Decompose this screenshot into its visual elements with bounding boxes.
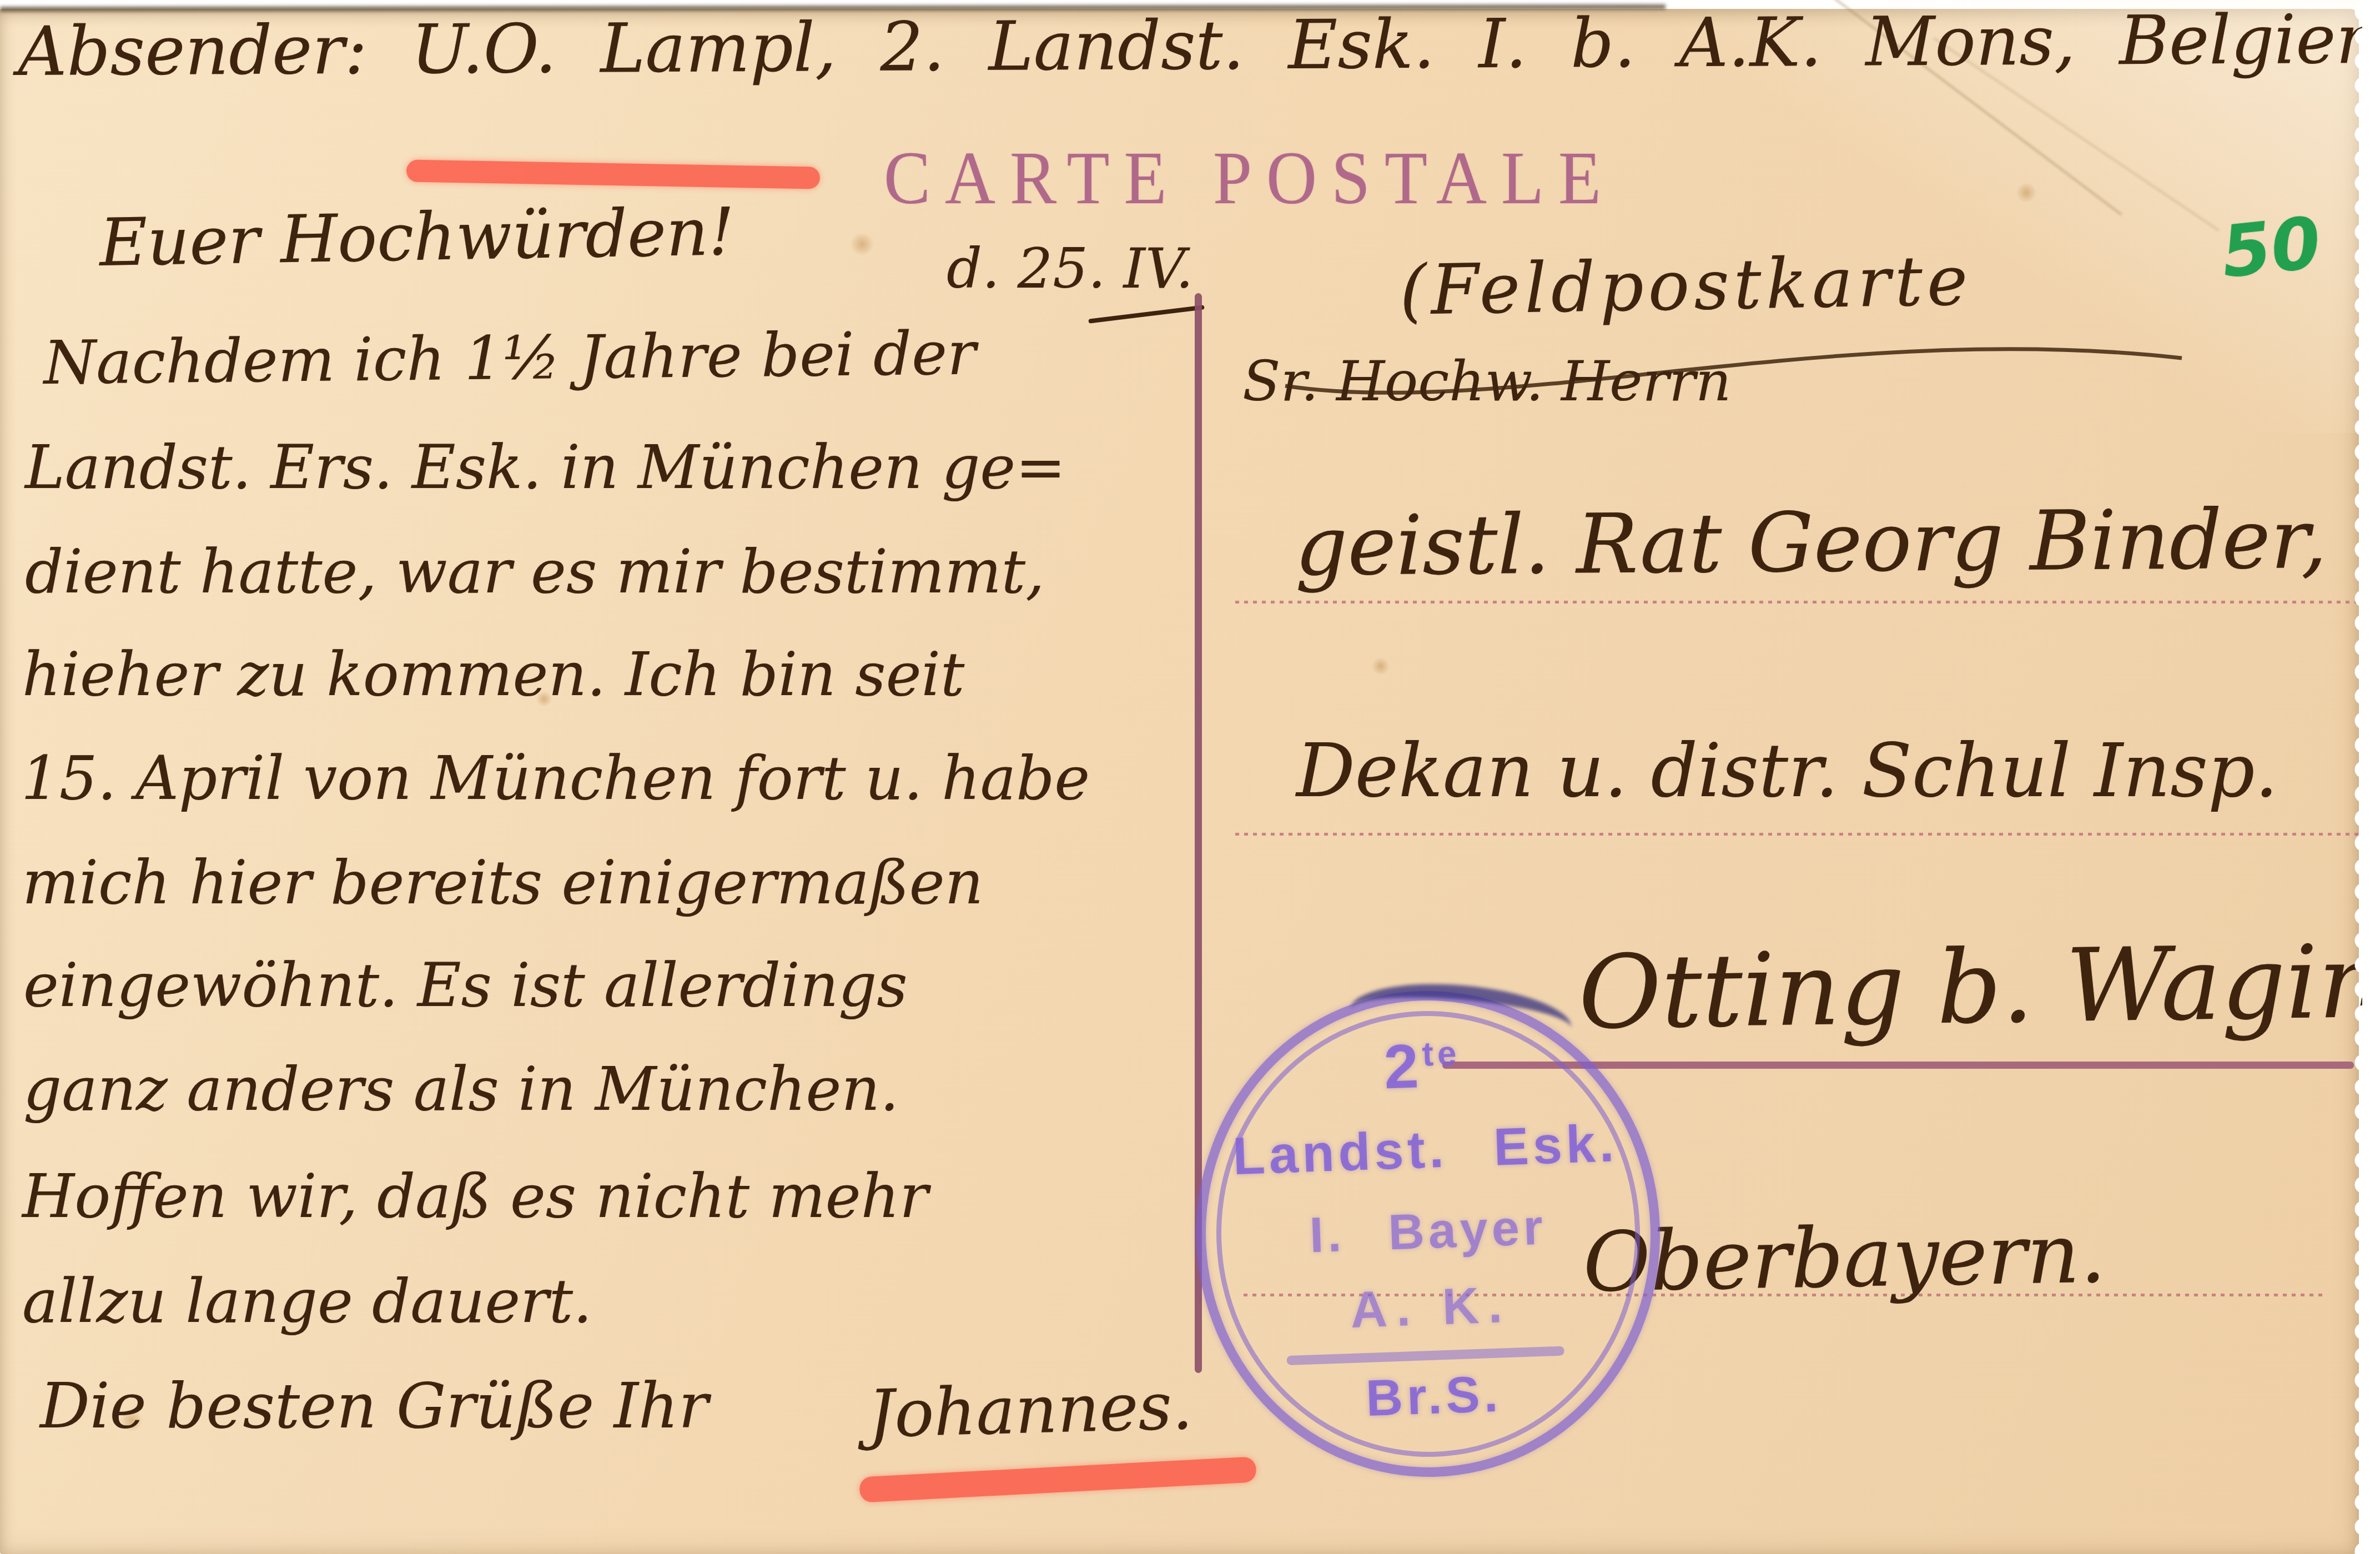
message-line: eingewöhnt. Es ist allerdings	[23, 951, 908, 1020]
message-line: Nachdem ich 1½ Jahre bei der	[43, 319, 976, 398]
address-dotted-line-2	[1235, 833, 2362, 836]
scan-background-right	[2362, 0, 2380, 1554]
stamp-unit-ordinal: te	[1421, 1034, 1461, 1073]
paper-spot	[1371, 658, 1390, 675]
postcard-scan: Absender: U.O. Lampl, 2. Landst. Esk. I.…	[0, 0, 2380, 1554]
message-line: ganz anders als in München.	[23, 1055, 899, 1124]
collector-number: 50	[2218, 202, 2325, 294]
address-recipient-title: Dekan u. distr. Schul Insp.	[1296, 728, 2278, 814]
address-recipient-prefix: Sr. Hochw. Herrn	[1242, 349, 1731, 414]
message-line: Hoffen wir, daß es nicht mehr	[22, 1162, 928, 1231]
stamp-unit-digit: 2	[1383, 1031, 1424, 1102]
printed-card-title: CARTE POSTALE	[884, 135, 1616, 222]
message-line: dient hatte, war es mir bestimmt,	[25, 537, 1045, 607]
closing-line: Die besten Grüße Ihr	[40, 1370, 708, 1442]
date-line: d. 25. IV.	[947, 236, 1193, 301]
perforated-edge	[2347, 0, 2363, 1554]
message-line: hieher zu kommen. Ich bin seit	[22, 640, 965, 710]
paper-spot	[2015, 183, 2037, 202]
address-town: Otting b. Waging	[1578, 922, 2380, 1052]
message-line: 15. April von München fort u. habe	[21, 744, 1090, 813]
salutation-line: Euer Hochwürden!	[99, 193, 735, 281]
paper-spot	[849, 233, 875, 255]
signature: Johannes.	[867, 1367, 1194, 1452]
address-recipient-name: geistl. Rat Georg Binder,	[1295, 491, 2327, 594]
unit-stamp: 2te Landst. Esk. I. Bayer A. K. Br.S.	[1188, 983, 1668, 1485]
message-line: mich hier bereits einigermaßen	[22, 848, 983, 918]
message-line: Landst. Ers. Esk. in München ge=	[25, 433, 1066, 502]
message-line: allzu lange dauert.	[22, 1267, 592, 1336]
sender-line: Absender: U.O. Lampl, 2. Landst. Esk. I.…	[18, 0, 2380, 91]
address-dotted-line-1	[1235, 601, 2380, 604]
